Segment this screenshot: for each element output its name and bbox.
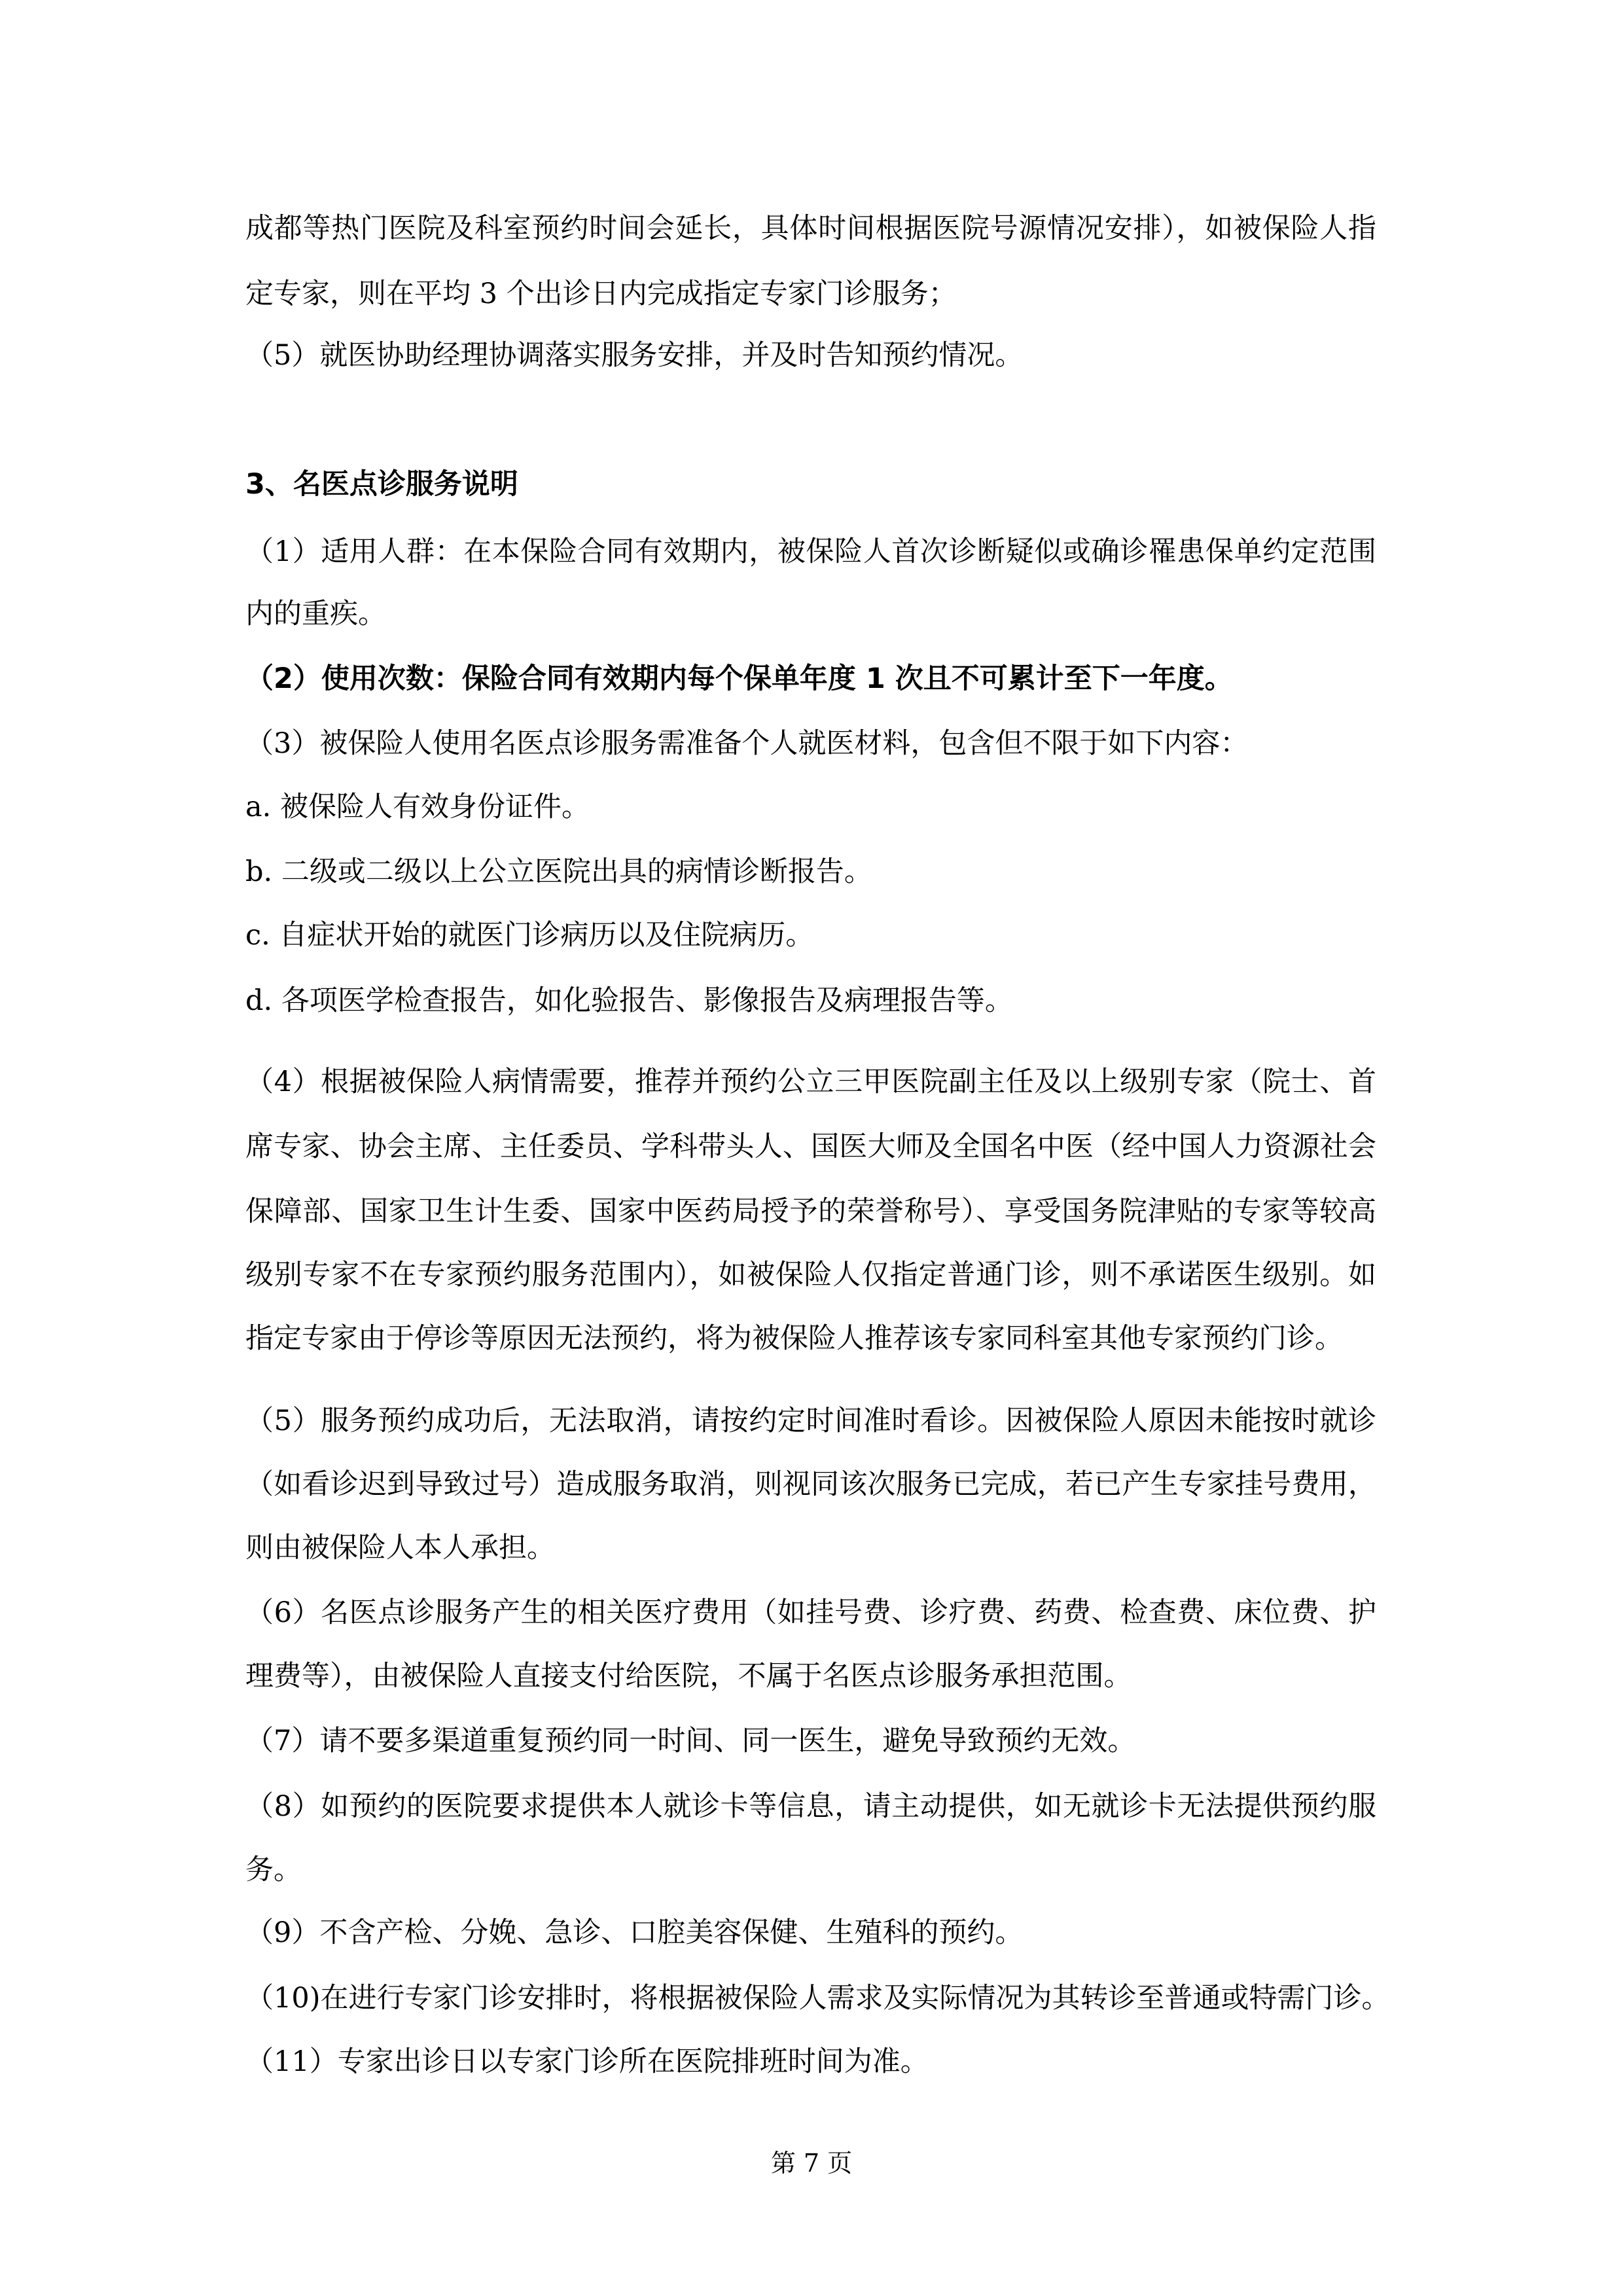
list-item: （5）就医协助经理协调落实服务安排，并及时告知预约情况。 [245, 336, 1376, 375]
list-item-continuation: 则由被保险人本人承担。 [245, 1528, 1376, 1568]
list-item-continuation: 级别专家不在专家预约服务范围内），如被保险人仅指定普通门诊，则不承诺医生级别。如 [245, 1255, 1376, 1295]
list-item: （5）服务预约成功后，无法取消，请按约定时间准时看诊。因被保险人原因未能按时就诊 [245, 1401, 1376, 1441]
list-item-continuation: 理费等），由被保险人直接支付给医院，不属于名医点诊服务承担范围。 [245, 1657, 1376, 1696]
list-item-continuation: （如看诊迟到导致过号）造成服务取消，则视同该次服务已完成，若已产生专家挂号费用， [245, 1465, 1376, 1504]
list-item: （1）适用人群：在本保险合同有效期内，被保险人首次诊断疑似或确诊罹患保单约定范围 [245, 532, 1376, 571]
list-item-continuation: 指定专家由于停诊等原因无法预约，将为被保险人推荐该专家同科室其他专家预约门诊。 [245, 1319, 1376, 1358]
list-item: （10)在进行专家门诊安排时，将根据被保险人需求及实际情况为其转诊至普通或特需门… [245, 1979, 1376, 2018]
list-item: （9）不含产检、分娩、急诊、口腔美容保健、生殖科的预约。 [245, 1913, 1376, 1952]
list-item: （6）名医点诊服务产生的相关医疗费用（如挂号费、诊疗费、药费、检查费、床位费、护 [245, 1593, 1376, 1632]
list-item-bold: （2）使用次数：保险合同有效期内每个保单年度 1 次且不可累计至下一年度。 [245, 659, 1376, 698]
material-item: a. 被保险人有效身份证件。 [245, 787, 1376, 827]
material-item: d. 各项医学检查报告，如化验报告、影像报告及病理报告等。 [245, 981, 1376, 1020]
paragraph-line: 成都等热门医院及科室预约时间会延长，具体时间根据医院号源情况安排），如被保险人指 [245, 209, 1376, 248]
list-item: （7）请不要多渠道重复预约同一时间、同一医生，避免导致预约无效。 [245, 1721, 1376, 1761]
list-item-continuation: 务。 [245, 1850, 1376, 1890]
list-item: （4）根据被保险人病情需要，推荐并预约公立三甲医院副主任及以上级别专家（院士、首 [245, 1062, 1376, 1102]
list-item: （8）如预约的医院要求提供本人就诊卡等信息，请主动提供，如无就诊卡无法提供预约服 [245, 1787, 1376, 1826]
page-number: 第 7 页 [0, 2144, 1623, 2183]
paragraph-line: 定专家，则在平均 3 个出诊日内完成指定专家门诊服务； [245, 274, 1376, 314]
document-page: 成都等热门医院及科室预约时间会延长，具体时间根据医院号源情况安排），如被保险人指… [0, 0, 1623, 2296]
material-item: b. 二级或二级以上公立医院出具的病情诊断报告。 [245, 852, 1376, 891]
list-item-continuation: 席专家、协会主席、主任委员、学科带头人、国医大师及全国名中医（经中国人力资源社会 [245, 1127, 1376, 1166]
list-item: （3）被保险人使用名医点诊服务需准备个人就医材料，包含但不限于如下内容： [245, 724, 1376, 763]
list-item: （11）专家出诊日以专家门诊所在医院排班时间为准。 [245, 2042, 1376, 2081]
list-item-continuation: 保障部、国家卫生计生委、国家中医药局授予的荣誉称号）、享受国务院津贴的专家等较高 [245, 1192, 1376, 1231]
section-heading: 3、名医点诊服务说明 [245, 465, 1376, 504]
list-item-continuation: 内的重疾。 [245, 594, 1376, 634]
material-item: c. 自症状开始的就医门诊病历以及住院病历。 [245, 916, 1376, 955]
